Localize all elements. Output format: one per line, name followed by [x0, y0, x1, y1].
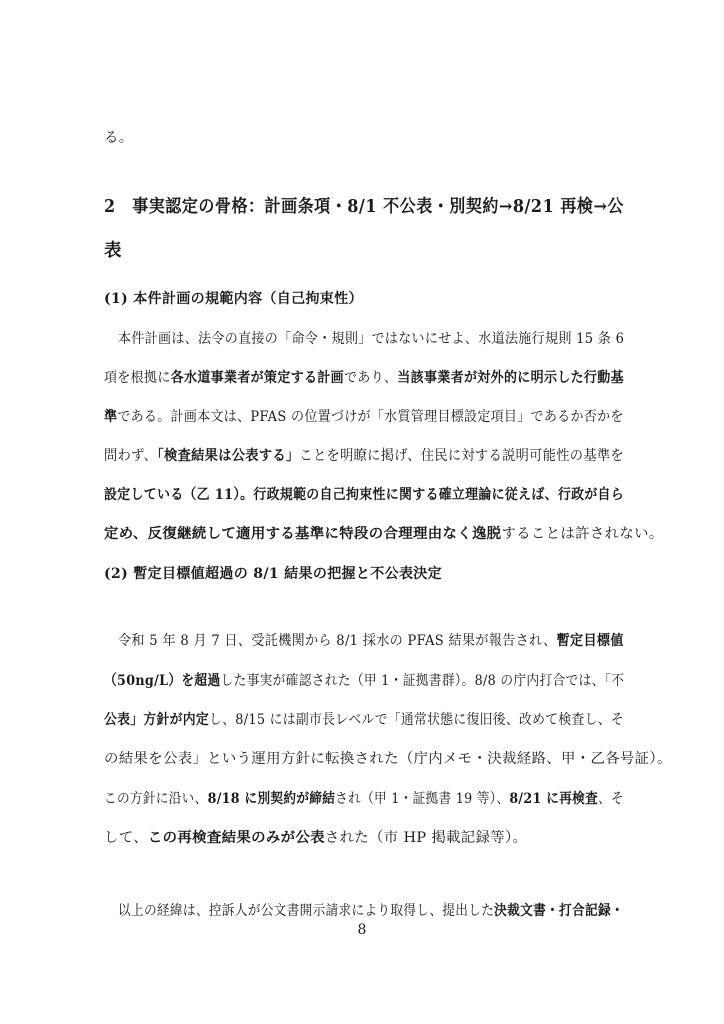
text-segment: 項を根拠に — [104, 370, 171, 386]
text-segment: することは許されない。 — [501, 526, 663, 542]
text-segment: され（甲 1・証拠書 19 等）、 — [335, 791, 509, 807]
text-segment: る。 — [104, 130, 133, 146]
emphasized-text: 表 — [104, 241, 122, 261]
body-line: この方針に沿い、8/18 に別契約が締結され（甲 1・証拠書 19 等）、8/2… — [104, 789, 561, 809]
text-segment: 令和 5 年 8 月 7 日、受託機関から 8/1 採水の PFAS 結果が報告… — [118, 633, 557, 649]
emphasized-text: （50ng/L）を超過 — [104, 672, 220, 689]
emphasized-text: (2) 暫定目標値超過の 8/1 結果の把握と不公表決定 — [104, 566, 442, 582]
emphasized-text: 各水道事業者が策定する計画 — [171, 369, 344, 386]
page-number: 8 — [0, 922, 724, 938]
emphasized-text: 8/18 に別契約が締結 — [208, 790, 336, 807]
section-heading: 2 事実認定の骨格：計画条項・8/1 不公表・別契約→8/21 再検→公 — [104, 197, 579, 217]
subsection-heading-1: (1) 本件計画の規範内容（自己拘束性） — [104, 289, 624, 309]
body-line: 問わず、「検査結果は公表する」ことを明瞭に掲げ、住民に対する説明可能性の基準を — [104, 446, 582, 466]
body-line: して、この再検査結果のみが公表された（市 HP 掲載記録等）。 — [104, 828, 624, 848]
emphasized-text: 当該事業者が対外的に明示した行動基 — [397, 369, 624, 386]
text-segment: された（市 HP 掲載記録等）。 — [325, 830, 527, 846]
emphasized-text: 定め、反復継続して適用する基準に特段の合理理由なく逸脱 — [104, 525, 501, 542]
emphasized-text: 2 事実認定の骨格：計画条項・8/1 不公表・別契約→8/21 再検→公 — [104, 197, 624, 217]
text-segment: であり、 — [344, 370, 397, 386]
body-line: 本件計画は、法令の直接の「命令・規則」ではないにせよ、水道法施行規則 15 条 … — [118, 329, 589, 349]
emphasized-text: (1) 本件計画の規範内容（自己拘束性） — [104, 291, 363, 307]
paragraph-tail: る。 — [104, 128, 624, 148]
text-segment: した事実が確認された（甲 1・証拠書群）。8/8 の庁内打合では、「不 — [220, 673, 624, 689]
text-segment: この方針に沿い、 — [104, 791, 208, 807]
body-line: 準である。計画本文は、PFAS の位置づけが「水質管理目標設定項目」であるか否か… — [104, 407, 573, 427]
text-segment: 、そ — [598, 791, 624, 807]
emphasized-text: 暫定目標値 — [557, 632, 624, 649]
body-line: 以上の経緯は、控訴人が公文書開示請求により取得し、提出した決裁文書・打合記録・ — [118, 901, 576, 921]
emphasized-text: 準 — [104, 408, 117, 425]
emphasized-text: 決裁文書・打合記録・ — [494, 902, 624, 919]
text-segment: ことを明瞭に掲げ、住民に対する説明可能性の基準を — [299, 448, 623, 464]
emphasized-text: 設定している（乙 11）。行政規範の自己拘束性に関する確立理論に従えば、行政が自… — [104, 486, 624, 503]
text-segment: の結果を公表」という運用方針に転換された（庁内メモ・決裁経路、甲・乙各号証）。 — [104, 751, 672, 767]
body-line: 設定している（乙 11）。行政規範の自己拘束性に関する確立理論に従えば、行政が自… — [104, 485, 571, 505]
body-line: 公表」方針が内定し、8/15 には副市長レベルで「通常状態に復旧後、改めて検査し… — [104, 710, 567, 730]
emphasized-text: この再検査結果のみが公表 — [148, 829, 325, 846]
body-line: 定め、反復継続して適用する基準に特段の合理理由なく逸脱することは許されない。 — [104, 524, 624, 544]
emphasized-text: 「検査結果は公表する」 — [157, 447, 299, 464]
text-segment: 本件計画は、法令の直接の「命令・規則」ではないにせよ、水道法施行規則 15 条 … — [118, 331, 624, 347]
body-line: （50ng/L）を超過した事実が確認された（甲 1・証拠書群）。8/8 の庁内打… — [104, 671, 564, 691]
emphasized-text: 8/21 に再検査 — [509, 790, 598, 807]
body-line: 令和 5 年 8 月 7 日、受託機関から 8/1 採水の PFAS 結果が報告… — [118, 631, 591, 651]
text-segment: し、8/15 には副市長レベルで「通常状態に復旧後、改めて検査し、そ — [209, 712, 624, 728]
text-segment: 問わず、 — [104, 448, 157, 464]
text-segment: である。計画本文は、PFAS の位置づけが「水質管理目標設定項目」であるか否かを — [117, 409, 623, 425]
subsection-heading-2: (2) 暫定目標値超過の 8/1 結果の把握と不公表決定 — [104, 564, 624, 584]
text-segment: して、 — [104, 830, 148, 846]
body-line: 項を根拠に各水道事業者が策定する計画であり、当該事業者が対外的に明示した行動基 — [104, 368, 574, 388]
body-line: の結果を公表」という運用方針に転換された（庁内メモ・決裁経路、甲・乙各号証）。 — [104, 749, 624, 769]
section-heading-continued: 表 — [104, 241, 624, 261]
text-segment: 以上の経緯は、控訴人が公文書開示請求により取得し、提出した — [118, 903, 494, 919]
emphasized-text: 公表」方針が内定 — [104, 711, 209, 728]
